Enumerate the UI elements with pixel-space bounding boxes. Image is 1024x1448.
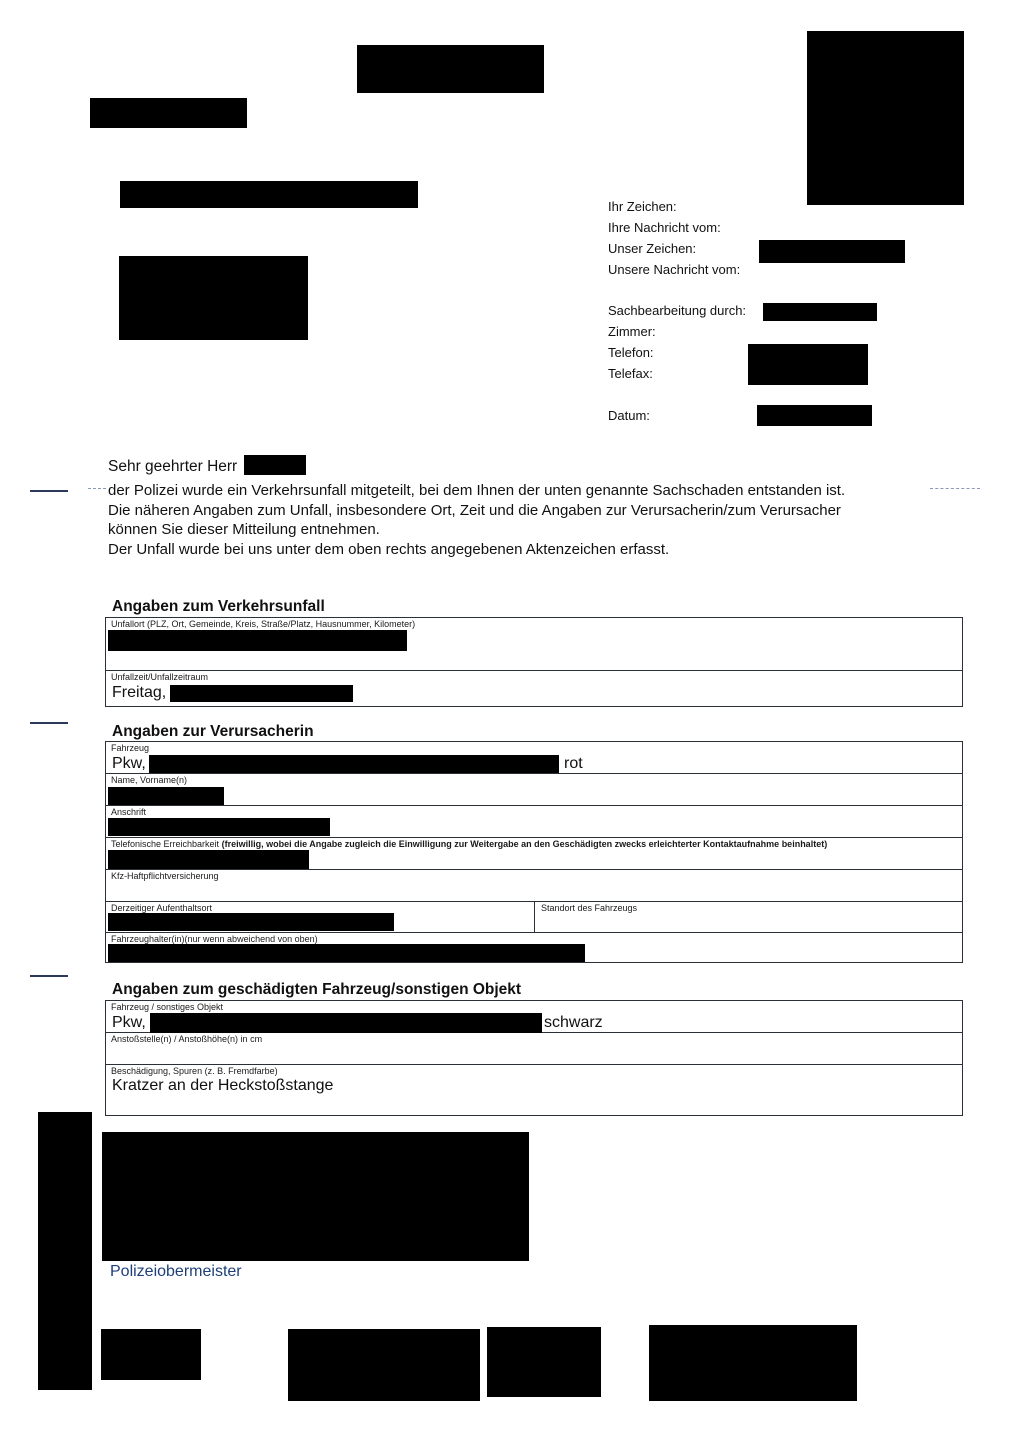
ref-label-telefon: Telefon:	[608, 345, 654, 361]
field-name: Name, Vorname(n)	[106, 774, 962, 806]
redacted-whereabouts	[108, 913, 394, 931]
field-label: Fahrzeug	[111, 743, 149, 753]
field-label: Derzeitiger Aufenthaltsort	[111, 903, 212, 913]
redacted-vehicle	[149, 755, 559, 773]
field-label: Beschädigung, Spuren (z. B. Fremdfarbe)	[111, 1066, 278, 1076]
accident-form-box: Unfallort (PLZ, Ort, Gemeinde, Kreis, St…	[105, 617, 963, 707]
field-objekt: Fahrzeug / sonstiges Objekt Pkw, schwarz	[106, 1001, 962, 1033]
ref-label-sachbearbeitung: Sachbearbeitung durch:	[608, 303, 746, 319]
redacted-date	[170, 685, 353, 702]
field-value: Kratzer an der Heckstoßstange	[112, 1077, 333, 1095]
section-title-accident: Angaben zum Verkehrsunfall	[112, 598, 325, 616]
field-unfallort: Unfallort (PLZ, Ort, Gemeinde, Kreis, St…	[106, 618, 962, 671]
body-line: Die näheren Angaben zum Unfall, insbeson…	[108, 501, 968, 521]
field-versicherung: Kfz-Haftpflichtversicherung	[106, 870, 962, 902]
fold-mark	[30, 722, 68, 724]
causer-form-box: Fahrzeug Pkw, rot Name, Vorname(n) Ansch…	[105, 741, 963, 963]
field-unfallzeit: Unfallzeit/Unfallzeitraum Freitag,	[106, 671, 962, 705]
field-fahrzeug: Fahrzeug Pkw, rot	[106, 742, 962, 774]
redacted-letterhead	[357, 45, 544, 93]
redacted-recipient-name	[244, 455, 306, 475]
ref-label-zimmer: Zimmer:	[608, 324, 656, 340]
ref-label-ihr-zeichen: Ihr Zeichen:	[608, 199, 677, 215]
redacted-address	[108, 818, 330, 836]
column-divider	[534, 902, 535, 932]
field-halter: Fahrzeughalter(in)(nur wenn abweichend v…	[106, 933, 962, 962]
redacted-location	[108, 630, 407, 651]
redacted-sachbearbeitung	[763, 303, 877, 321]
fold-mark	[30, 490, 68, 492]
redacted-telefon-telefax	[748, 344, 868, 385]
field-value-prefix: Pkw,	[112, 755, 146, 773]
salutation: Sehr geehrter Herr	[108, 455, 306, 476]
signatory-rank: Polizeiobermeister	[110, 1263, 242, 1281]
letter-body: der Polizei wurde ein Verkehrsunfall mit…	[108, 481, 968, 559]
redacted-footer-1	[101, 1329, 201, 1380]
field-label: Unfallort (PLZ, Ort, Gemeinde, Kreis, St…	[111, 619, 415, 629]
field-value: Freitag,	[112, 684, 166, 702]
section-title-causer: Angaben zur Verursacherin	[112, 723, 314, 741]
fold-mark	[30, 975, 68, 977]
redacted-unser-zeichen	[759, 240, 905, 263]
redacted-footer-2	[288, 1329, 480, 1401]
field-label: Anstoßstelle(n) / Anstoßhöhe(n) in cm	[111, 1034, 262, 1044]
redacted-footer-3	[487, 1327, 601, 1397]
body-line: Der Unfall wurde bei uns unter dem oben …	[108, 540, 968, 560]
ref-label-unser-zeichen: Unser Zeichen:	[608, 241, 696, 257]
field-label: Standort des Fahrzeugs	[541, 903, 637, 913]
field-label: Kfz-Haftpflichtversicherung	[111, 871, 219, 881]
redacted-recipient-address	[119, 256, 308, 340]
redacted-holder	[108, 944, 585, 962]
field-label: Fahrzeughalter(in)(nur wenn abweichend v…	[111, 934, 318, 944]
ref-label-ihre-nachricht: Ihre Nachricht vom:	[608, 220, 721, 236]
field-value-prefix: Pkw,	[112, 1014, 146, 1032]
field-label: Name, Vorname(n)	[111, 775, 187, 785]
field-beschaedigung: Beschädigung, Spuren (z. B. Fremdfarbe) …	[106, 1065, 962, 1114]
field-aufenthalt-standort: Derzeitiger Aufenthaltsort Standort des …	[106, 902, 962, 933]
field-anstossstelle: Anstoßstelle(n) / Anstoßhöhe(n) in cm	[106, 1033, 962, 1065]
ref-label-datum: Datum:	[608, 408, 650, 424]
field-value-color: schwarz	[544, 1014, 603, 1032]
field-anschrift: Anschrift	[106, 806, 962, 838]
field-label: Telefonische Erreichbarkeit (freiwillig,…	[111, 839, 827, 849]
body-line: können Sie dieser Mitteilung entnehmen.	[108, 520, 968, 540]
redacted-object	[150, 1013, 542, 1033]
damaged-form-box: Fahrzeug / sonstiges Objekt Pkw, schwarz…	[105, 1000, 963, 1116]
field-value-color: rot	[564, 755, 583, 773]
redacted-sender-line	[90, 98, 247, 128]
scan-artifact-line	[88, 488, 106, 489]
ref-label-unsere-nachricht: Unsere Nachricht vom:	[608, 262, 740, 278]
field-telefon: Telefonische Erreichbarkeit (freiwillig,…	[106, 838, 962, 870]
redacted-return-address	[120, 181, 418, 208]
redacted-footer-4	[649, 1325, 857, 1401]
field-label: Anschrift	[111, 807, 146, 817]
field-label: Unfallzeit/Unfallzeitraum	[111, 672, 208, 682]
redacted-logo	[807, 31, 964, 205]
redacted-signature	[102, 1132, 529, 1261]
redacted-name	[108, 787, 224, 805]
ref-label-telefax: Telefax:	[608, 366, 653, 382]
redacted-phone	[108, 850, 309, 869]
section-title-damaged: Angaben zum geschädigten Fahrzeug/sonsti…	[112, 981, 521, 999]
redacted-datum	[757, 405, 872, 426]
redacted-margin-block	[38, 1112, 92, 1390]
field-label: Fahrzeug / sonstiges Objekt	[111, 1002, 223, 1012]
body-line: der Polizei wurde ein Verkehrsunfall mit…	[108, 481, 968, 501]
